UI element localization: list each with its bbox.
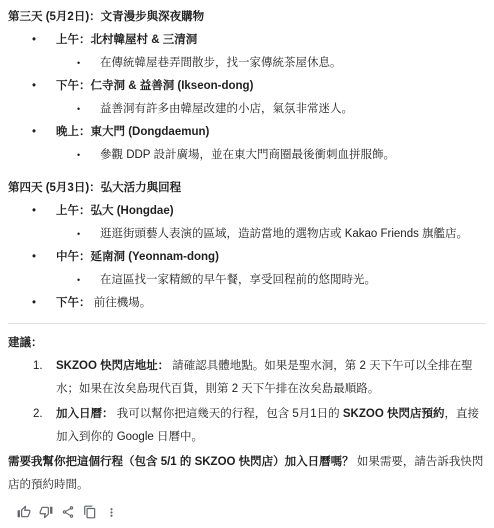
response-action-bar [8,502,486,522]
itinerary-item-afternoon: 下午：仁寺洞 & 益善洞 (Ikseon-dong) [8,75,486,98]
list-number: 2. [33,403,43,426]
itinerary-item-detail: 逛逛街頭藝人表演的區域，造訪當地的選物店或 Kakao Friends 旗艦店。 [8,223,486,246]
share-button[interactable] [60,502,75,522]
day-3-section: 第三天 (5月2日)：文青漫步與深夜購物 上午：北村韓屋村 & 三清洞 在傳統韓… [8,6,486,167]
more-options-button[interactable] [104,502,119,522]
itinerary-item-detail: 在傳統韓屋巷弄間散步，找一家傳統茶屋休息。 [8,52,486,75]
thumbs-down-button[interactable] [38,502,53,522]
day-3-heading: 第三天 (5月2日)：文青漫步與深夜購物 [8,6,486,29]
list-number: 1. [33,355,43,378]
itinerary-item-noon: 中午：延南洞 (Yeonnam-dong) [8,246,486,269]
itinerary-item-title: 下午：仁寺洞 & 益善洞 (Ikseon-dong) [56,80,253,92]
itinerary-item-title: 下午： 前往機場。 [56,297,151,309]
suggestion-text: 加入日曆： 我可以幫你把這幾天的行程，包含 5月1日的 SKZOO 快閃店預約，… [56,408,479,443]
itinerary-item-afternoon: 下午： 前往機場。 [8,292,486,315]
itinerary-item-title: 晚上：東大門 (Dongdaemun) [56,126,209,138]
copy-icon [83,505,97,519]
thumbs-up-button[interactable] [16,502,31,522]
itinerary-item-detail: 在這區找一家精緻的早午餐，享受回程前的悠閒時光。 [8,269,486,292]
share-icon [61,505,75,519]
thumbs-up-icon [17,505,31,519]
suggestion-text: SKZOO 快閃店地址： 請確認具體地點。如果是聖水洞，第 2 天下午可以全排在… [56,360,473,395]
itinerary-item-evening: 晚上：東大門 (Dongdaemun) [8,121,486,144]
itinerary-item-detail: 益善洞有許多由韓屋改建的小店，氣氛非常迷人。 [8,98,486,121]
assistant-response: 第三天 (5月2日)：文青漫步與深夜購物 上午：北村韓屋村 & 三清洞 在傳統韓… [8,6,486,522]
day-4-itinerary-list: 上午：弘大 (Hongdae) 逛逛街頭藝人表演的區域，造訪當地的選物店或 Ka… [8,200,486,315]
section-divider [8,323,486,324]
itinerary-item-morning: 上午：弘大 (Hongdae) [8,200,486,223]
itinerary-item-title: 中午：延南洞 (Yeonnam-dong) [56,251,219,263]
copy-button[interactable] [82,502,97,522]
itinerary-item-morning: 上午：北村韓屋村 & 三清洞 [8,29,486,52]
suggestions-section: 建議： 1. SKZOO 快閃店地址： 請確認具體地點。如果是聖水洞，第 2 天… [8,332,486,449]
itinerary-item-title: 上午：弘大 (Hongdae) [56,205,174,217]
thumbs-down-icon [39,505,53,519]
closing-question: 需要我幫你把這個行程（包含 5/1 的 SKZOO 快閃店）加入日曆嗎？ 如果需… [8,451,486,497]
suggestions-list: 1. SKZOO 快閃店地址： 請確認具體地點。如果是聖水洞，第 2 天下午可以… [8,355,486,449]
itinerary-item-detail: 參觀 DDP 設計廣場，並在東大門商圈最後衝刺血拼服飾。 [8,144,486,167]
more-vertical-icon [105,506,118,519]
day-3-itinerary-list: 上午：北村韓屋村 & 三清洞 在傳統韓屋巷弄間散步，找一家傳統茶屋休息。 下午：… [8,29,486,167]
suggestion-item: 2. 加入日曆： 我可以幫你把這幾天的行程，包含 5月1日的 SKZOO 快閃店… [8,403,486,449]
suggestions-heading: 建議： [8,332,486,355]
day-4-heading: 第四天 (5月3日)：弘大活力與回程 [8,177,486,200]
suggestion-item: 1. SKZOO 快閃店地址： 請確認具體地點。如果是聖水洞，第 2 天下午可以… [8,355,486,401]
day-4-section: 第四天 (5月3日)：弘大活力與回程 上午：弘大 (Hongdae) 逛逛街頭藝… [8,177,486,315]
itinerary-item-title: 上午：北村韓屋村 & 三清洞 [56,34,197,46]
